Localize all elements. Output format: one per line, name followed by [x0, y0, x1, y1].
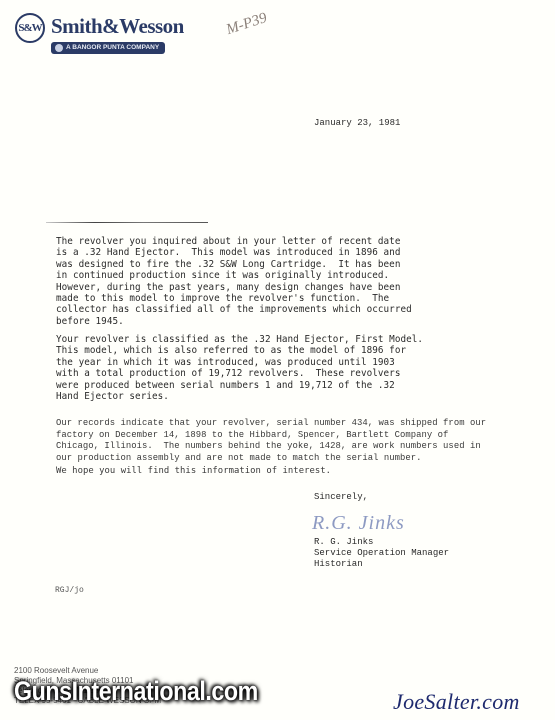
bangor-punta-icon	[55, 44, 63, 52]
closing: Sincerely,	[314, 492, 368, 502]
paragraph-3: Our records indicate that your revolver,…	[56, 418, 486, 464]
company-tagline-badge: A BANGOR PUNTA COMPANY	[51, 42, 165, 54]
watermark-gunsinternational: GunsInternational.com	[14, 676, 258, 707]
signer-block: R. G. Jinks Service Operation Manager Hi…	[314, 537, 449, 570]
paragraph-1: The revolver you inquired about in your …	[56, 236, 412, 327]
seal-text: S&W	[18, 22, 41, 34]
paragraph-4: We hope you will find this information o…	[56, 466, 331, 477]
handwritten-file-note: M-P39	[224, 10, 269, 39]
company-name: Smith&Wesson	[51, 14, 184, 39]
letter-date: January 23, 1981	[314, 118, 400, 128]
reference-initials: RGJ/jo	[55, 586, 84, 595]
redacted-address-line	[46, 222, 208, 223]
watermark-joesalter: JoeSalter.com	[393, 689, 520, 715]
smith-wesson-seal-logo: S&W	[15, 13, 45, 43]
handwritten-signature: R.G. Jinks	[312, 512, 405, 535]
paragraph-2: Your revolver is classified as the .32 H…	[56, 334, 423, 402]
tagline-text: A BANGOR PUNTA COMPANY	[66, 42, 159, 54]
